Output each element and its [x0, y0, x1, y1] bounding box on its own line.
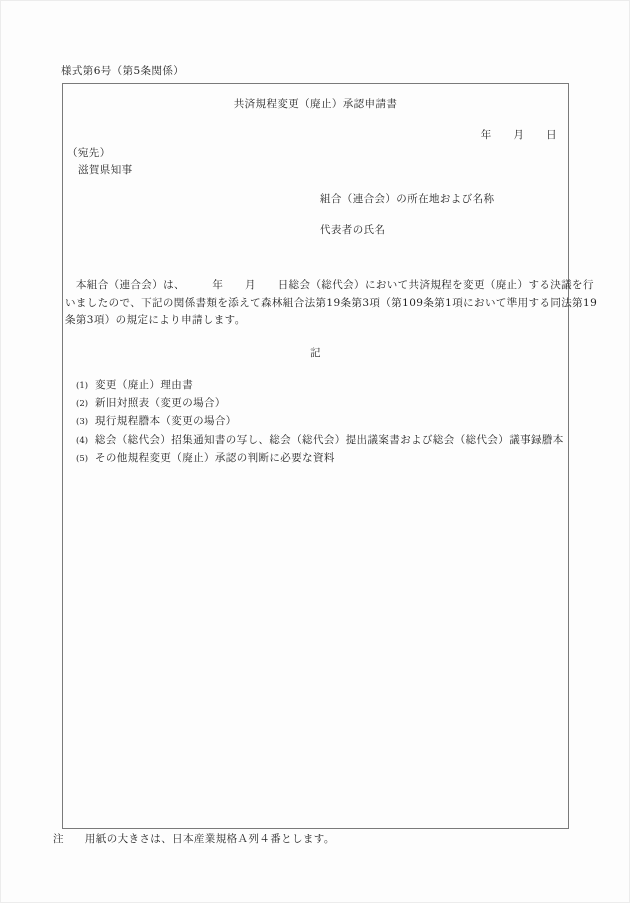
ki-section-heading: 記: [63, 345, 568, 360]
body-line: 条第3項）の規定により申請します。: [65, 312, 562, 330]
attachment-text: 変更（廃止）理由書: [95, 377, 193, 394]
addressee-name: 滋賀県知事: [78, 162, 133, 177]
attachment-number: (2): [76, 396, 89, 413]
attachment-item: (3) 現行規程謄本（変更の場合）: [76, 413, 560, 431]
form-number-label: 様式第6号（第5条関係）: [61, 63, 184, 78]
body-line: いましたので、下記の関係書類を添えて森林組合法第19条第3項（第109条第1項に…: [65, 295, 562, 313]
document-page: 様式第6号（第5条関係） 共済規程変更（廃止）承認申請書 年 月 日 （宛先） …: [0, 0, 630, 903]
attachment-list: (1) 変更（廃止）理由書 (2) 新旧対照表（変更の場合） (3) 現行規程謄…: [76, 377, 560, 468]
attachment-item: (4) 総会（総代会）招集通知書の写し、総会（総代会）提出議案書および総会（総代…: [76, 432, 560, 450]
attachment-item: (2) 新旧対照表（変更の場合）: [76, 395, 560, 413]
date-line: 年 月 日: [481, 127, 557, 142]
attachment-number: (3): [76, 414, 89, 431]
representative-name-line: 代表者の氏名: [320, 222, 385, 237]
attachment-number: (5): [76, 451, 89, 468]
body-line: 本組合（連合会）は、 年 月 日総会（総代会）において共済規程を変更（廃止）する…: [65, 277, 562, 295]
attachment-text: 総会（総代会）招集通知書の写し、総会（総代会）提出議案書および総会（総代会）議事…: [95, 432, 564, 449]
attachment-number: (1): [76, 378, 89, 395]
addressee-label: （宛先）: [67, 145, 111, 160]
paper-size-note: 注 用紙の大きさは、日本産業規格Ａ列４番とします。: [53, 831, 335, 846]
attachment-item: (5) その他規程変更（廃止）承認の判断に必要な資料: [76, 450, 560, 468]
organization-address-name-line: 組合（連合会）の所在地および名称: [320, 191, 494, 206]
attachment-text: その他規程変更（廃止）承認の判断に必要な資料: [95, 450, 335, 467]
attachment-text: 新旧対照表（変更の場合）: [95, 395, 226, 412]
note-label: 注: [53, 831, 64, 846]
attachment-text: 現行規程謄本（変更の場合）: [95, 413, 237, 430]
application-body-paragraph: 本組合（連合会）は、 年 月 日総会（総代会）において共済規程を変更（廃止）する…: [65, 277, 562, 330]
document-border-box: 共済規程変更（廃止）承認申請書 年 月 日 （宛先） 滋賀県知事 組合（連合会）…: [62, 83, 569, 829]
document-title: 共済規程変更（廃止）承認申請書: [63, 96, 568, 111]
attachment-number: (4): [76, 433, 89, 450]
note-text: 用紙の大きさは、日本産業規格Ａ列４番とします。: [85, 831, 335, 846]
attachment-item: (1) 変更（廃止）理由書: [76, 377, 560, 395]
